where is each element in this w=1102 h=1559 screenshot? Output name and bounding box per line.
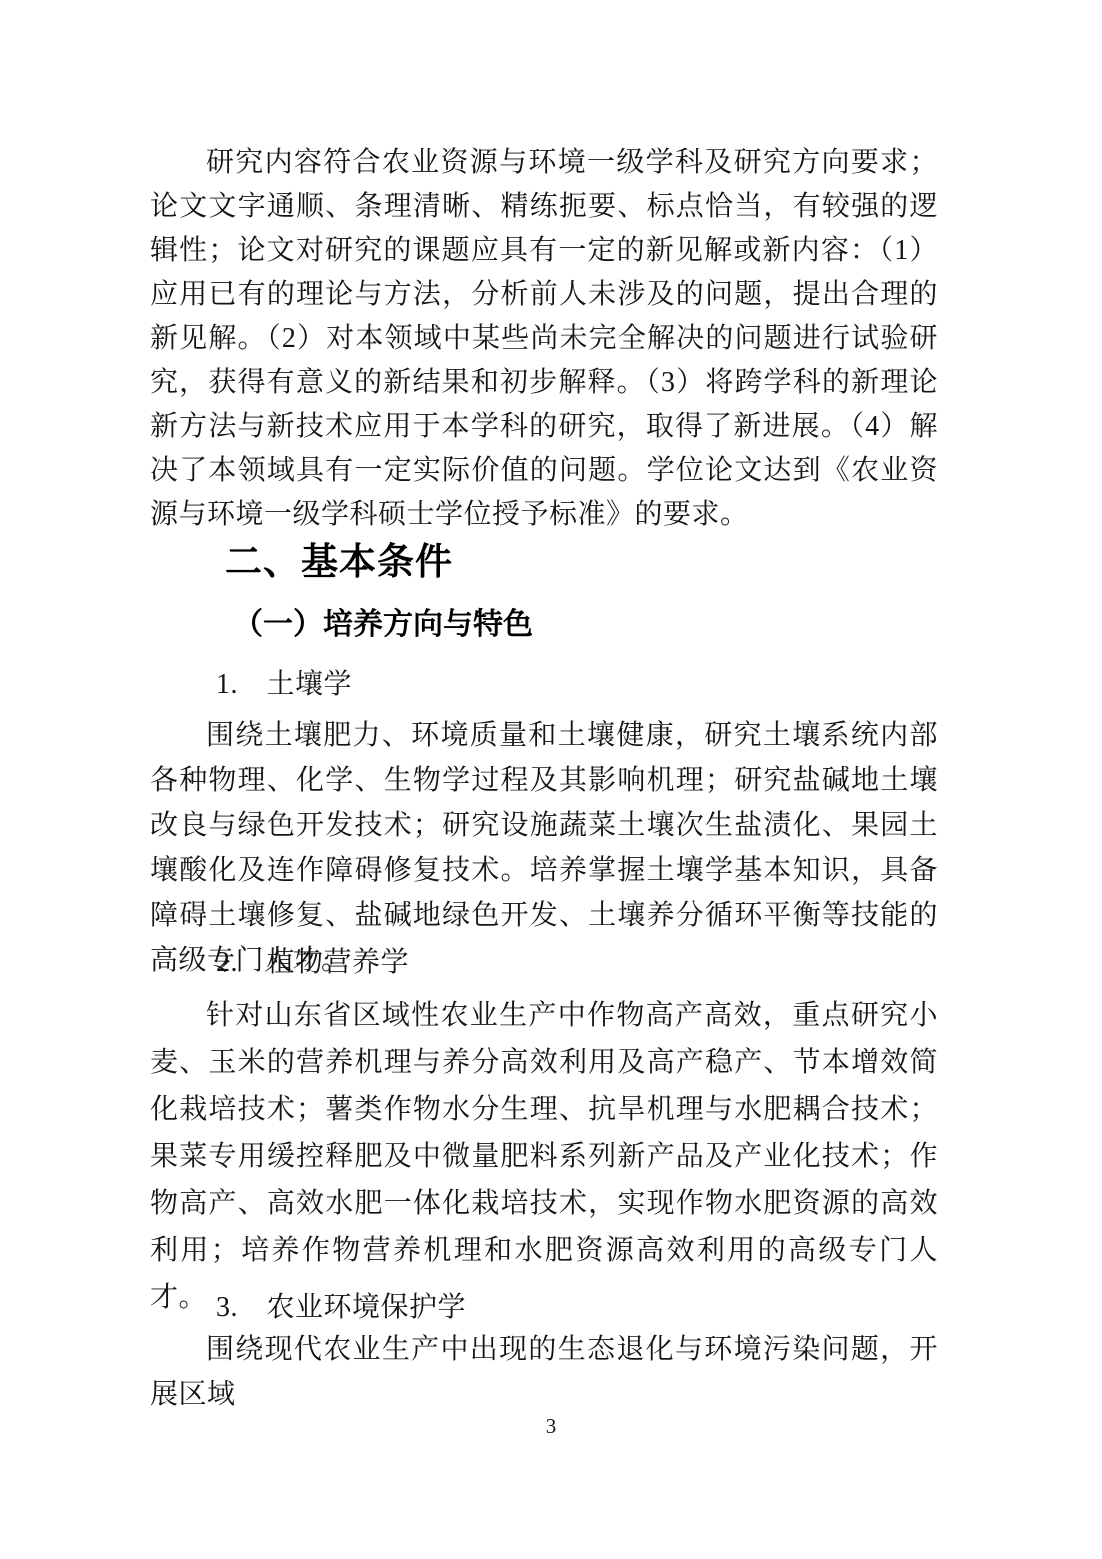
- document-page: 研究内容符合农业资源与环境一级学科及研究方向要求；论文文字通顺、条理清晰、精练扼…: [0, 0, 1102, 1559]
- section-heading-basic-conditions: 二、基本条件: [225, 536, 453, 588]
- paragraph-agri-env-protection: 围绕现代农业生产中出现的生态退化与环境污染问题，开展区域: [150, 1327, 938, 1417]
- paragraph-plant-nutrition: 针对山东省区域性农业生产中作物高产高效，重点研究小麦、玉米的营养机理与养分高效利…: [150, 992, 938, 1321]
- list-item-soil-science: 1. 土壤学: [216, 662, 352, 707]
- paragraph-thesis-requirements: 研究内容符合农业资源与环境一级学科及研究方向要求；论文文字通顺、条理清晰、精练扼…: [150, 141, 938, 537]
- page-number: 3: [0, 1412, 1102, 1440]
- list-item-agri-env-protection: 3. 农业环境保护学: [216, 1285, 466, 1330]
- list-item-plant-nutrition: 2. 植物营养学: [216, 940, 409, 985]
- subsection-heading-training-directions: （一）培养方向与特色: [233, 605, 533, 645]
